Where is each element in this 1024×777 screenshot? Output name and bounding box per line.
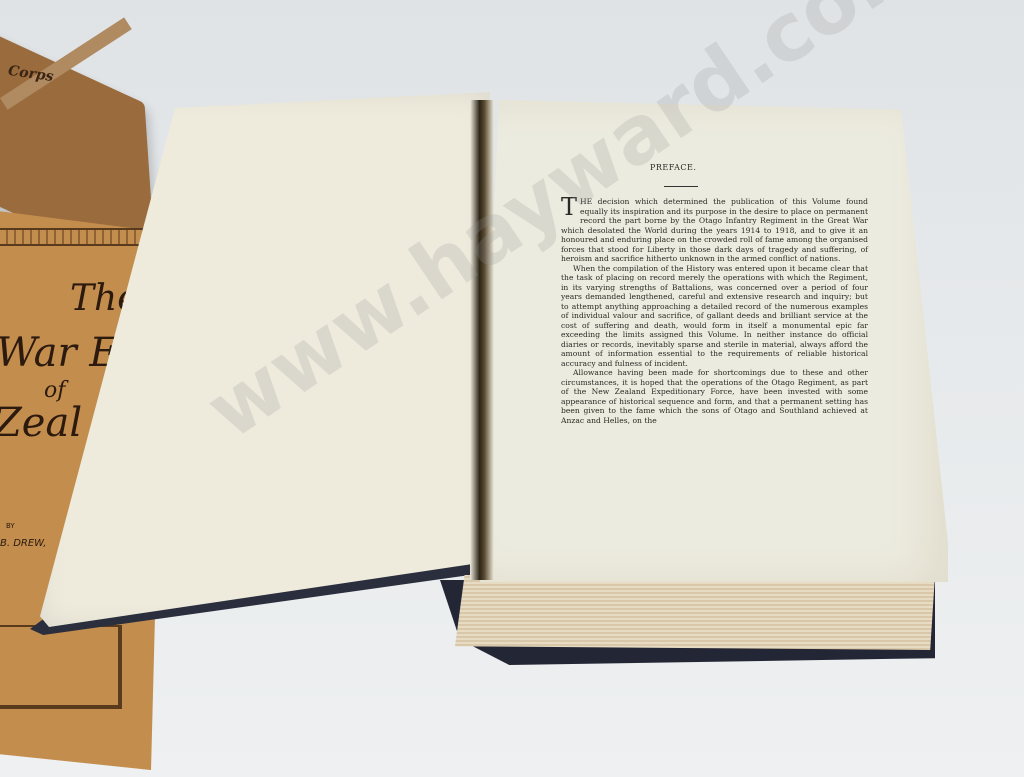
pamphlet-byline-label: BY <box>6 522 15 530</box>
book-page-block <box>455 575 935 650</box>
preface-paragraph: When the compilation of the History was … <box>561 264 868 369</box>
pamphlet-ornamental-frame <box>0 625 122 709</box>
preface-body: THE decision which determined the public… <box>561 197 868 425</box>
pamphlet-ornamental-border <box>0 228 150 246</box>
pamphlet-title-line: Zeal <box>0 400 82 446</box>
book-spine-gutter <box>470 100 494 580</box>
heading-rule <box>664 186 698 187</box>
preface-paragraph: Allowance having been made for shortcomi… <box>561 368 868 425</box>
pamphlet-author: B. DREW, <box>0 538 46 549</box>
